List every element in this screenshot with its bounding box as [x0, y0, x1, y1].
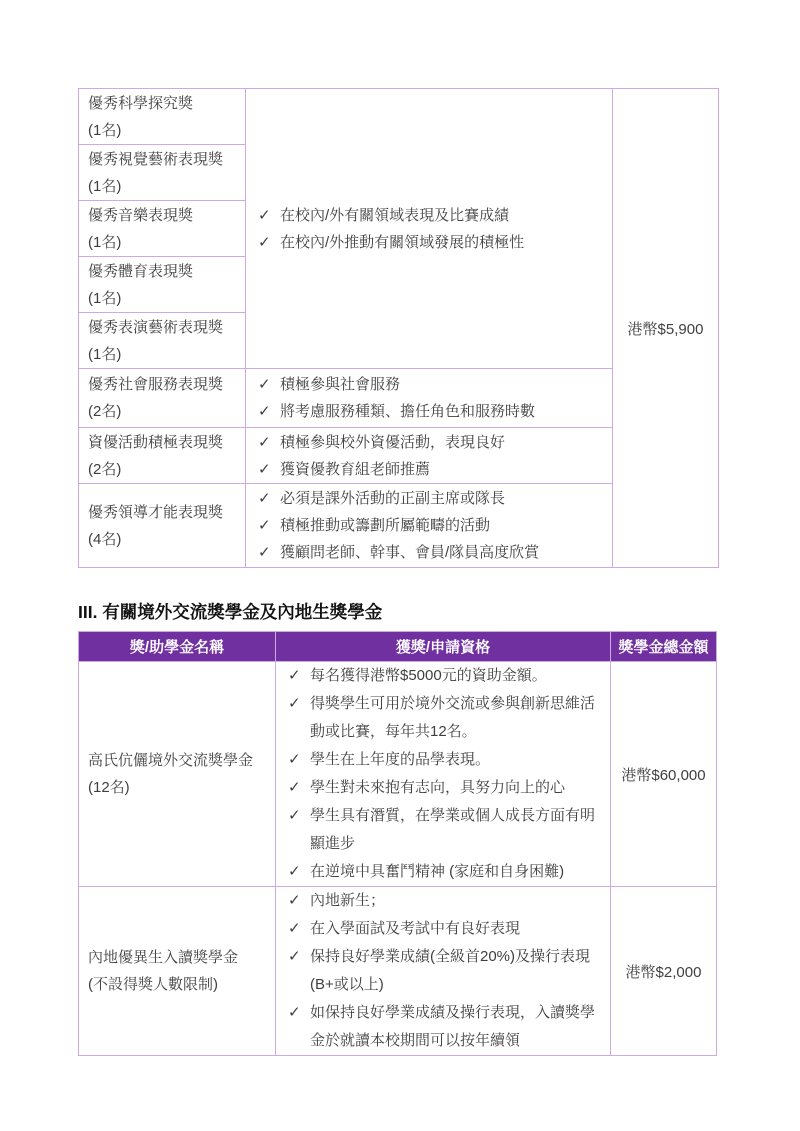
award-name: 優秀領導才能表現獎: [88, 499, 245, 526]
check-icon: ✓: [246, 229, 280, 256]
award-quota: (1名): [88, 341, 245, 368]
award-name-cell: 優秀視覺藝術表現獎 (1名): [79, 145, 245, 200]
criteria-item: ✓ 在逆境中具奮鬥精神 (家庭和自身困難): [276, 858, 602, 886]
criteria-text: 在校內/外有關領域表現及比賽成績: [280, 202, 604, 229]
award-quota: (1名): [88, 117, 245, 144]
check-icon: ✓: [276, 887, 310, 915]
criteria-cell: ✓ 必須是課外活動的正副主席或隊長 ✓ 積極推動或籌劃所屬範疇的活動 ✓ 獲顧問…: [246, 484, 612, 567]
criteria-item: ✓ 在校內/外有關領域表現及比賽成績: [246, 202, 604, 229]
criteria-text: 內地新生；: [310, 887, 602, 915]
check-icon: ✓: [246, 512, 280, 539]
check-icon: ✓: [276, 943, 310, 999]
award-name: 優秀社會服務表現獎: [88, 371, 245, 398]
criteria-item: ✓ 每名獲得港幣$5000元的資助金額。: [276, 662, 602, 690]
amount-cell: 港幣$2,000: [611, 887, 716, 1055]
criteria-item: ✓ 得獎學生可用於境外交流或參與創新思維活動或比賽，每年共12名。: [276, 690, 602, 746]
exchange-scholarship-table: 獎/助學金名稱 獲獎/申請資格 獎學金總金額 高氏伉儷境外交流獎學金 (12名)…: [78, 631, 717, 1056]
award-name-cell: 資優活動積極表現獎 (2名): [79, 428, 245, 483]
awards-table-continued: 優秀科學探究獎 (1名) 優秀視覺藝術表現獎 (1名) 優秀音樂表現獎 (1名)…: [78, 88, 719, 568]
criteria-item: ✓ 學生在上年度的品學表現。: [276, 746, 602, 774]
award-name: 優秀表演藝術表現獎: [88, 314, 245, 341]
criteria-item: ✓ 積極參與校外資優活動，表現良好: [246, 429, 604, 456]
criteria-item: ✓ 內地新生；: [276, 887, 602, 915]
section-heading: III. 有關境外交流獎學金及內地生獎學金: [78, 599, 382, 624]
award-name: 優秀體育表現獎: [88, 258, 245, 285]
criteria-item: ✓ 在入學面試及考試中有良好表現: [276, 915, 602, 943]
scholarship-name-cell: 內地優異生入讀獎學金 (不設得獎人數限制): [79, 887, 275, 1055]
check-icon: ✓: [246, 456, 280, 483]
check-icon: ✓: [246, 485, 280, 512]
scholarship-name-cell: 高氏伉儷境外交流獎學金 (12名): [79, 662, 275, 886]
criteria-item: ✓ 學生對未來抱有志向，具努力向上的心: [276, 774, 602, 802]
criteria-text: 積極推動或籌劃所屬範疇的活動: [280, 512, 604, 539]
criteria-item: ✓ 學生具有潛質，在學業或個人成長方面有明顯進步: [276, 802, 602, 858]
scholarship-name: 高氏伉儷境外交流獎學金: [88, 747, 275, 774]
criteria-text: 如保持良好學業成績及操行表現，入讀獎學金於就讀本校期間可以按年續領: [310, 999, 602, 1055]
award-name-cell: 優秀社會服務表現獎 (2名): [79, 369, 245, 427]
criteria-text: 在校內/外推動有關領域發展的積極性: [280, 229, 604, 256]
criteria-text: 得獎學生可用於境外交流或參與創新思維活動或比賽，每年共12名。: [310, 690, 602, 746]
criteria-item: ✓ 如保持良好學業成績及操行表現，入讀獎學金於就讀本校期間可以按年續領: [276, 999, 602, 1055]
scholarship-amount: 港幣$2,000: [626, 961, 702, 982]
criteria-text: 學生在上年度的品學表現。: [310, 746, 602, 774]
criteria-text: 獲顧問老師、幹事、會員/隊員高度欣賞: [280, 539, 604, 566]
check-icon: ✓: [276, 858, 310, 886]
criteria-text: 保持良好學業成績(全級首20%)及操行表現(B+或以上): [310, 943, 602, 999]
scholarship-quota: (不設得獎人數限制): [88, 971, 275, 998]
check-icon: ✓: [276, 915, 310, 943]
award-name-cell: 優秀體育表現獎 (1名): [79, 257, 245, 312]
criteria-item: ✓ 積極參與社會服務: [246, 371, 604, 398]
check-icon: ✓: [276, 802, 310, 858]
criteria-cell: ✓ 積極參與校外資優活動，表現良好 ✓ 獲資優教育組老師推薦: [246, 428, 612, 483]
criteria-item: ✓ 獲資優教育組老師推薦: [246, 456, 604, 483]
award-name: 優秀音樂表現獎: [88, 202, 245, 229]
award-name-cell: 優秀領導才能表現獎 (4名): [79, 484, 245, 567]
scholarship-name: 內地優異生入讀獎學金: [88, 944, 275, 971]
criteria-text: 積極參與校外資優活動，表現良好: [280, 429, 604, 456]
award-quota: (2名): [88, 398, 245, 425]
check-icon: ✓: [276, 999, 310, 1055]
criteria-item: ✓ 保持良好學業成績(全級首20%)及操行表現(B+或以上): [276, 943, 602, 999]
document-page: 優秀科學探究獎 (1名) 優秀視覺藝術表現獎 (1名) 優秀音樂表現獎 (1名)…: [0, 0, 800, 1131]
criteria-cell: ✓ 積極參與社會服務 ✓ 將考慮服務種類、擔任角色和服務時數: [246, 369, 612, 427]
column-header-amount: 獎學金總金額: [611, 632, 716, 661]
check-icon: ✓: [246, 429, 280, 456]
column-header-criteria: 獲獎/申請資格: [276, 632, 610, 661]
check-icon: ✓: [246, 371, 280, 398]
check-icon: ✓: [246, 539, 280, 566]
check-icon: ✓: [246, 202, 280, 229]
check-icon: ✓: [276, 746, 310, 774]
criteria-text: 每名獲得港幣$5000元的資助金額。: [310, 662, 602, 690]
check-icon: ✓: [276, 690, 310, 746]
award-quota: (4名): [88, 526, 245, 553]
scholarship-quota: (12名): [88, 774, 275, 801]
scholarship-amount: 港幣$60,000: [621, 764, 705, 785]
criteria-text: 學生具有潛質，在學業或個人成長方面有明顯進步: [310, 802, 602, 858]
criteria-text: 積極參與社會服務: [280, 371, 604, 398]
criteria-cell: ✓ 內地新生； ✓ 在入學面試及考試中有良好表現 ✓ 保持良好學業成績(全級首2…: [276, 887, 610, 1055]
criteria-text: 將考慮服務種類、擔任角色和服務時數: [280, 398, 604, 425]
award-name-cell: 優秀音樂表現獎 (1名): [79, 201, 245, 256]
criteria-item: ✓ 在校內/外推動有關領域發展的積極性: [246, 229, 604, 256]
criteria-cell: ✓ 每名獲得港幣$5000元的資助金額。 ✓ 得獎學生可用於境外交流或參與創新思…: [276, 662, 610, 886]
award-quota: (2名): [88, 456, 245, 483]
check-icon: ✓: [246, 398, 280, 425]
criteria-text: 獲資優教育組老師推薦: [280, 456, 604, 483]
criteria-text: 在入學面試及考試中有良好表現: [310, 915, 602, 943]
column-header-name: 獎/助學金名稱: [79, 632, 275, 661]
amount-cell: 港幣$5,900: [613, 89, 718, 567]
criteria-item: ✓ 必須是課外活動的正副主席或隊長: [246, 485, 604, 512]
shared-criteria-cell: ✓ 在校內/外有關領域表現及比賽成績 ✓ 在校內/外推動有關領域發展的積極性: [246, 89, 612, 368]
criteria-text: 必須是課外活動的正副主席或隊長: [280, 485, 604, 512]
award-name-cell: 優秀科學探究獎 (1名): [79, 89, 245, 144]
criteria-item: ✓ 將考慮服務種類、擔任角色和服務時數: [246, 398, 604, 425]
award-quota: (1名): [88, 229, 245, 256]
award-quota: (1名): [88, 285, 245, 312]
award-name: 資優活動積極表現獎: [88, 429, 245, 456]
check-icon: ✓: [276, 662, 310, 690]
criteria-text: 學生對未來抱有志向，具努力向上的心: [310, 774, 602, 802]
award-name: 優秀科學探究獎: [88, 90, 245, 117]
award-quota: (1名): [88, 173, 245, 200]
award-amount: 港幣$5,900: [628, 318, 704, 339]
check-icon: ✓: [276, 774, 310, 802]
amount-cell: 港幣$60,000: [611, 662, 716, 886]
award-name-cell: 優秀表演藝術表現獎 (1名): [79, 313, 245, 368]
award-name: 優秀視覺藝術表現獎: [88, 146, 245, 173]
criteria-text: 在逆境中具奮鬥精神 (家庭和自身困難): [310, 858, 602, 886]
criteria-item: ✓ 積極推動或籌劃所屬範疇的活動: [246, 512, 604, 539]
criteria-item: ✓ 獲顧問老師、幹事、會員/隊員高度欣賞: [246, 539, 604, 566]
